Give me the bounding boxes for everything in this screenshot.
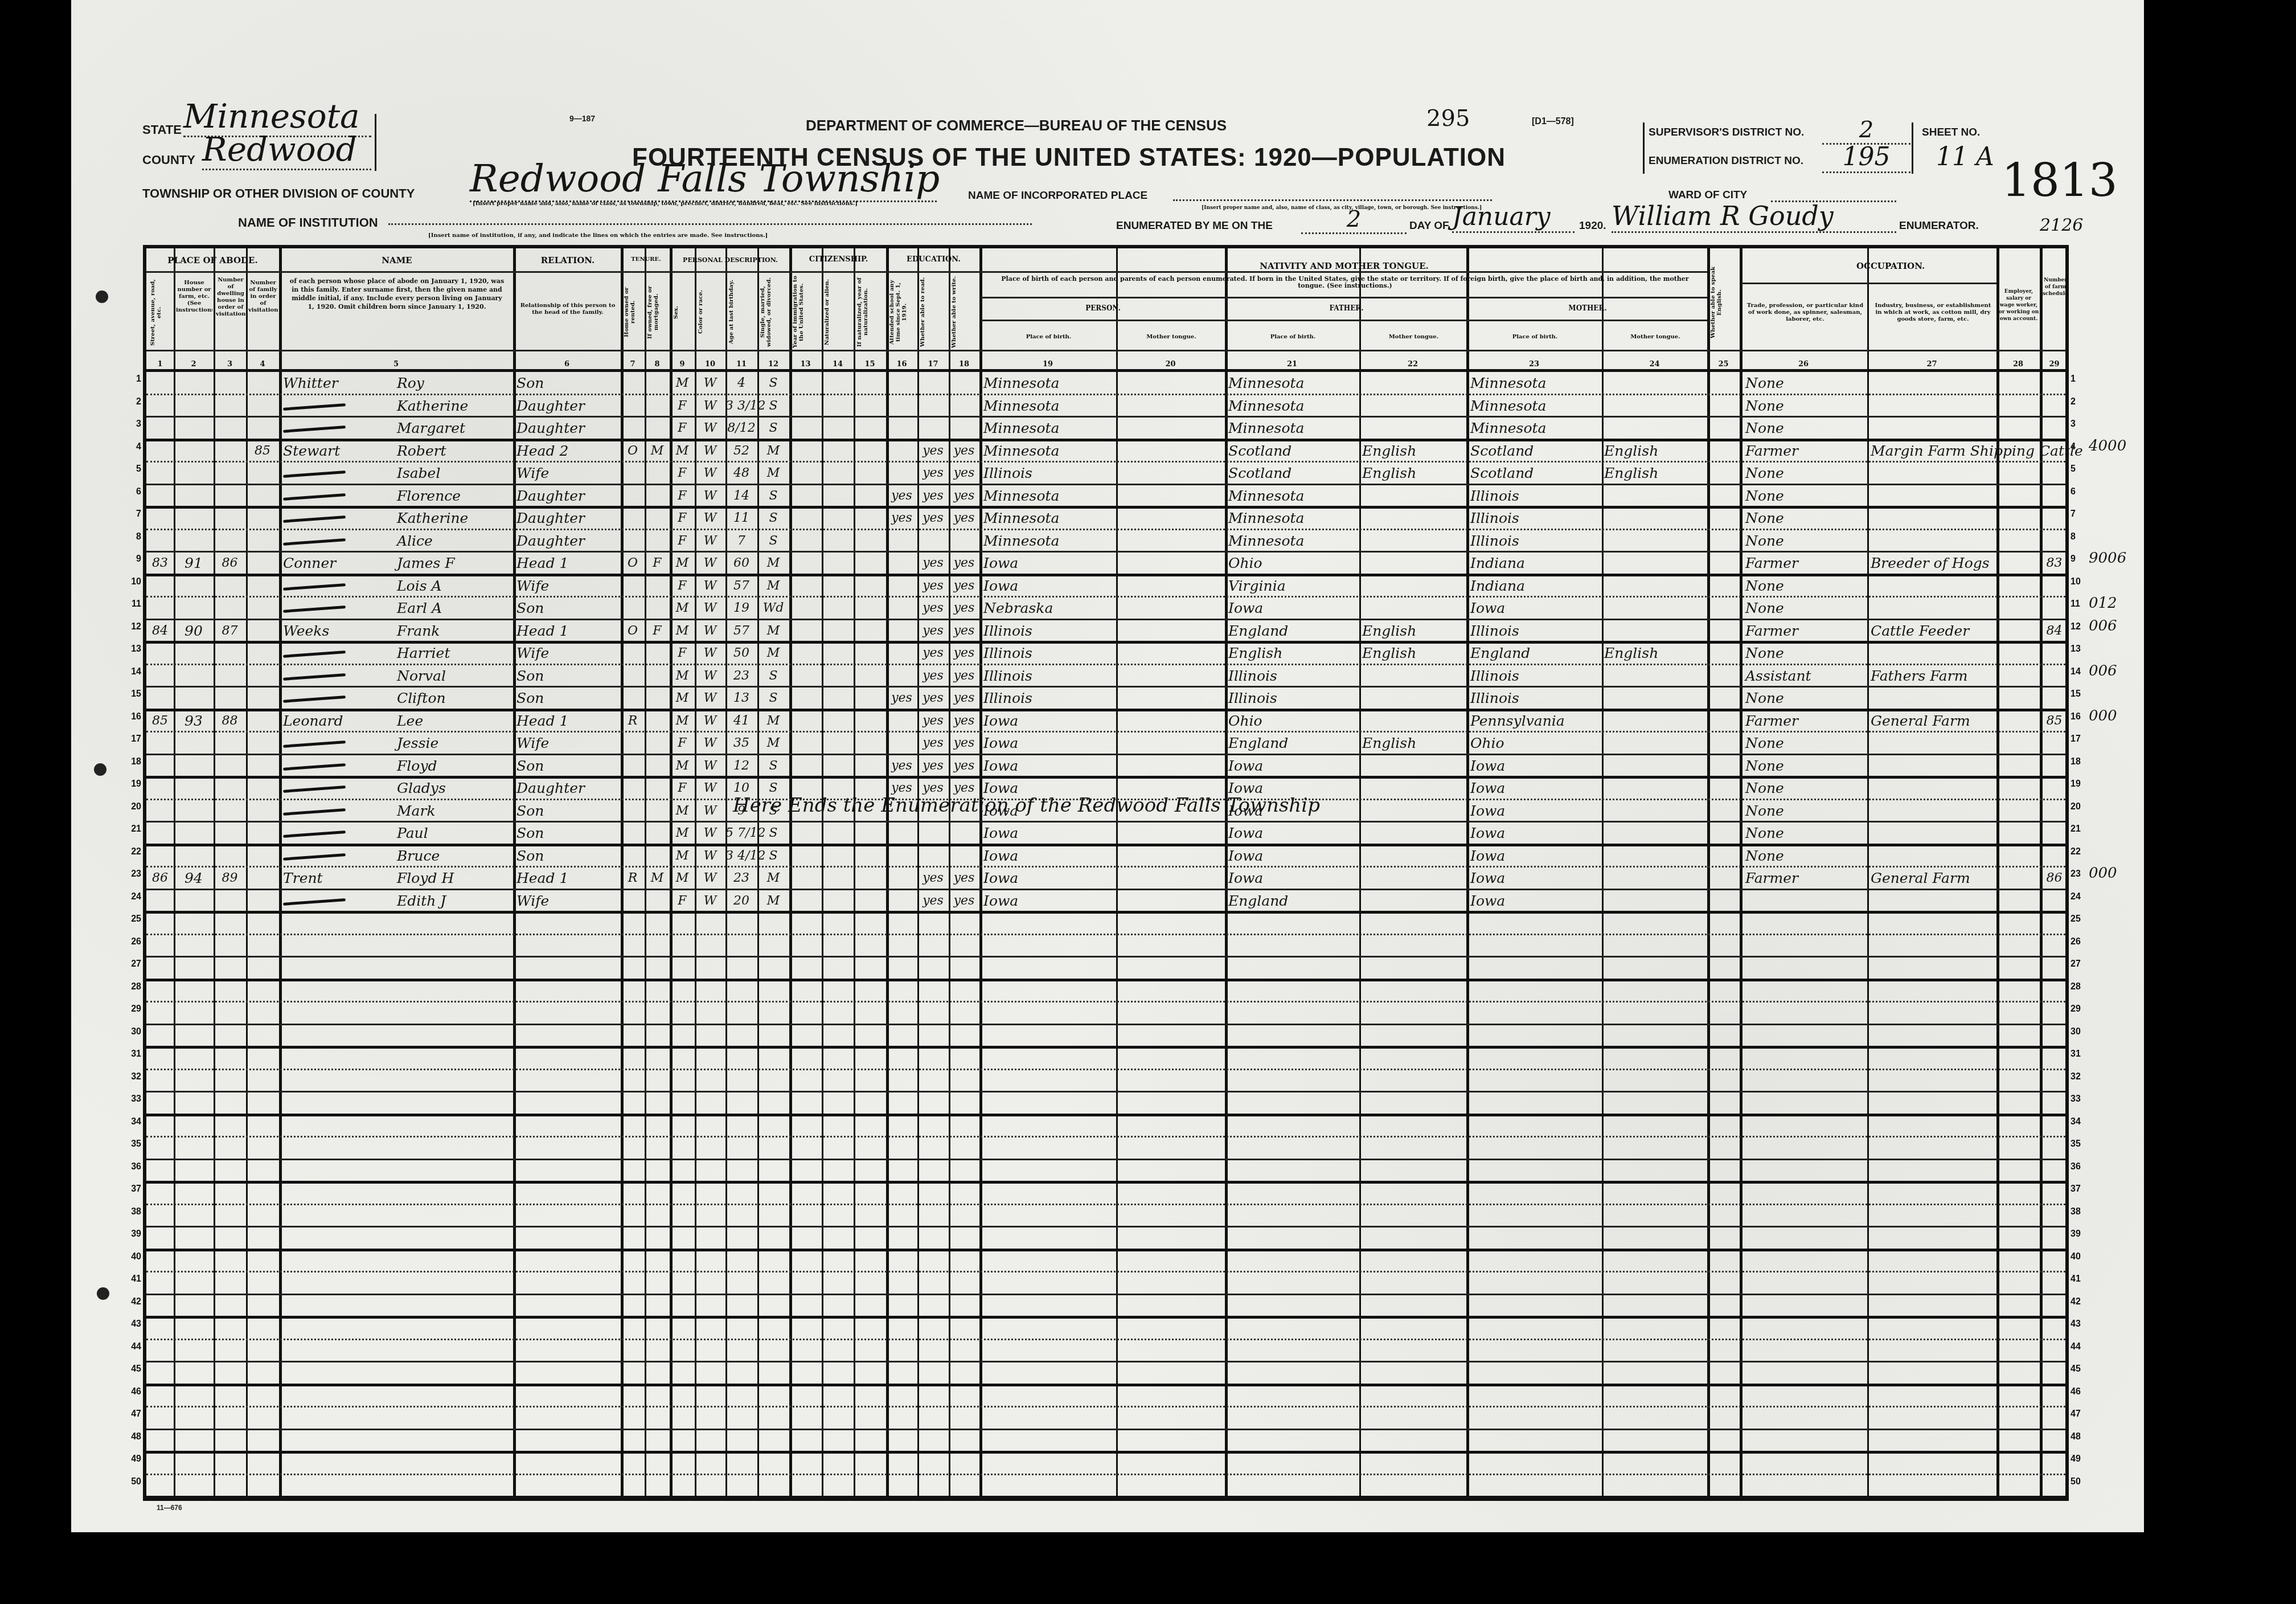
cell-natz xyxy=(822,732,854,754)
subgroup-father: FATHER. xyxy=(1227,304,1466,312)
ditto-mark xyxy=(283,853,346,861)
cell-m_tongue xyxy=(1604,890,1707,912)
cell-mortgage xyxy=(645,530,670,552)
col-number: 6 xyxy=(513,357,621,373)
enumerator-label: Enumerator. xyxy=(1899,220,1979,232)
cell-natz_year xyxy=(854,665,886,687)
cell-f_birth: Ohio xyxy=(1228,552,1359,574)
cell-english xyxy=(1707,575,1740,597)
cell-age: 3 4/12 xyxy=(725,845,757,867)
cell-mortgage xyxy=(645,890,670,912)
cell-birth: Illinois xyxy=(983,642,1116,664)
cell-school xyxy=(886,642,917,664)
ditto-mark xyxy=(283,493,346,501)
cell-sex: F xyxy=(670,462,695,484)
cell-dwelling xyxy=(214,462,246,484)
cell-write xyxy=(949,372,979,394)
line-number: 19 xyxy=(126,779,141,789)
cell-birth: Iowa xyxy=(983,710,1116,732)
col11-header: Age at last birthday. xyxy=(728,276,756,349)
cell-school xyxy=(886,530,917,552)
cell-trade: Farmer xyxy=(1745,867,1867,889)
cell-m_tongue xyxy=(1604,867,1707,889)
cell-relation: Head 1 xyxy=(516,620,619,642)
cell-home xyxy=(621,417,645,439)
margin-number: 1813 xyxy=(2002,154,2118,207)
cell-house xyxy=(174,642,214,664)
col2-header: House number or farm, etc. (See instruct… xyxy=(176,280,212,314)
col-number: 26 xyxy=(1740,357,1867,373)
month-value: January xyxy=(1452,202,1575,233)
cell-surname xyxy=(283,822,397,844)
cell-street xyxy=(146,665,174,687)
cell-english xyxy=(1707,507,1740,529)
cell-marital: S xyxy=(757,395,789,417)
cell-industry xyxy=(1871,777,1996,799)
line-number: 28 xyxy=(126,982,141,992)
line-number: 29 xyxy=(126,1004,141,1014)
cell-immig xyxy=(789,755,822,777)
cell-m_birth: Iowa xyxy=(1470,822,1602,844)
cell-natz xyxy=(822,845,854,867)
cell-m_tongue xyxy=(1604,755,1707,777)
row-divider xyxy=(146,1159,2065,1160)
cell-home xyxy=(621,800,645,822)
cell-m_tongue xyxy=(1604,417,1707,439)
cell-family xyxy=(246,620,279,642)
cell-m_birth: Minnesota xyxy=(1470,395,1602,417)
cell-natz xyxy=(822,597,854,619)
cell-birth: Iowa xyxy=(983,575,1116,597)
cell-relation: Daughter xyxy=(516,777,619,799)
cell-m_birth: Illinois xyxy=(1470,507,1602,529)
col29-header: Number of farm schedule. xyxy=(2043,277,2068,297)
cell-industry xyxy=(1871,642,1996,664)
cell-write: yes xyxy=(949,552,979,574)
col-number: 9 xyxy=(670,357,695,373)
binder-hole xyxy=(97,1287,109,1300)
cell-industry xyxy=(1871,890,1996,912)
cell-employ xyxy=(1996,552,2040,574)
cell-f_tongue: English xyxy=(1362,642,1466,664)
cell-natz_year xyxy=(854,440,886,462)
cell-f_birth: England xyxy=(1228,890,1359,912)
col-number: 15 xyxy=(854,357,886,373)
row-divider xyxy=(146,1249,2065,1251)
cell-birth: Illinois xyxy=(983,462,1116,484)
cell-read xyxy=(917,417,949,439)
cell-immig xyxy=(789,417,822,439)
cell-surname xyxy=(283,755,397,777)
col3-header: Number of dwelling house in order of vis… xyxy=(216,277,245,318)
line-number: 16 xyxy=(2070,712,2085,722)
col18-header: Whether able to write. xyxy=(951,276,978,349)
cell-f_tongue xyxy=(1362,417,1466,439)
line-number: 25 xyxy=(126,914,141,924)
cell-m_birth: Iowa xyxy=(1470,800,1602,822)
cell-street xyxy=(146,687,174,709)
cell-industry xyxy=(1871,530,1996,552)
cell-home: O xyxy=(621,440,645,462)
cell-marital: M xyxy=(757,732,789,754)
line-number: 2 xyxy=(126,397,141,407)
cell-street xyxy=(146,822,174,844)
cell-farm xyxy=(2040,890,2069,912)
cell-age: 60 xyxy=(725,552,757,574)
cell-given: Katherine xyxy=(397,507,511,529)
cell-mortgage xyxy=(645,485,670,507)
cell-tongue xyxy=(1118,687,1225,709)
cell-sex: F xyxy=(670,890,695,912)
cell-house: 91 xyxy=(174,552,214,574)
cell-race: W xyxy=(695,507,725,529)
line-number: 21 xyxy=(2070,824,2085,834)
cell-marital: S xyxy=(757,485,789,507)
cell-employ xyxy=(1996,867,2040,889)
cell-write: yes xyxy=(949,642,979,664)
cell-family xyxy=(246,822,279,844)
cell-natz_year xyxy=(854,372,886,394)
cell-m_birth: Illinois xyxy=(1470,530,1602,552)
cell-given: Lois A xyxy=(397,575,511,597)
col-number: 17 xyxy=(917,357,949,373)
cell-farm: 84 xyxy=(2040,620,2069,642)
cell-surname xyxy=(283,777,397,799)
cell-dwelling xyxy=(214,597,246,619)
cell-english xyxy=(1707,485,1740,507)
ditto-mark xyxy=(283,830,346,838)
cell-immig xyxy=(789,507,822,529)
cell-surname xyxy=(283,800,397,822)
cell-family xyxy=(246,755,279,777)
cell-f_birth: England xyxy=(1228,620,1359,642)
cell-employ xyxy=(1996,822,2040,844)
cell-family xyxy=(246,395,279,417)
col-number: 16 xyxy=(886,357,917,373)
institution-value xyxy=(388,223,1032,225)
cell-industry xyxy=(1871,485,1996,507)
cell-birth: Minnesota xyxy=(983,440,1116,462)
cell-given: Clifton xyxy=(397,687,511,709)
cell-tongue xyxy=(1118,575,1225,597)
cell-tongue xyxy=(1118,732,1225,754)
cell-employ xyxy=(1996,575,2040,597)
col-number: 5 xyxy=(279,357,513,373)
cell-natz_year xyxy=(854,552,886,574)
cell-sex: M xyxy=(670,822,695,844)
cell-home xyxy=(621,665,645,687)
cell-read: yes xyxy=(917,620,949,642)
day-value: 2 xyxy=(1301,206,1407,234)
col14-header: Naturalized or alien. xyxy=(824,276,851,349)
cell-english xyxy=(1707,845,1740,867)
cell-house xyxy=(174,417,214,439)
enumerator-name: William R Goudy xyxy=(1612,200,1896,233)
cell-street xyxy=(146,440,174,462)
cell-relation: Daughter xyxy=(516,395,619,417)
cell-write xyxy=(949,822,979,844)
cell-given: Floyd H xyxy=(397,867,511,889)
cell-m_birth: Scotland xyxy=(1470,462,1602,484)
cell-sex: M xyxy=(670,867,695,889)
cell-write: yes xyxy=(949,732,979,754)
cell-street xyxy=(146,845,174,867)
cell-employ xyxy=(1996,507,2040,529)
col-number: 10 xyxy=(695,357,725,373)
col26-header: Trade, profession, or particular kind of… xyxy=(1745,302,1865,323)
cell-dwelling xyxy=(214,485,246,507)
line-number: 45 xyxy=(126,1364,141,1374)
cell-industry: Cattle Feeder xyxy=(1871,620,1996,642)
cell-school xyxy=(886,845,917,867)
cell-race: W xyxy=(695,440,725,462)
row-divider xyxy=(146,1406,2065,1407)
line-number: 47 xyxy=(126,1409,141,1419)
cell-marital: S xyxy=(757,507,789,529)
cell-dwelling xyxy=(214,890,246,912)
census-table: PLACE OF ABODE. NAME RELATION. TENURE. P… xyxy=(143,245,2069,1501)
cell-sex: F xyxy=(670,732,695,754)
cell-birth: Nebraska xyxy=(983,597,1116,619)
cell-marital: M xyxy=(757,575,789,597)
cell-surname xyxy=(283,687,397,709)
cell-relation: Son xyxy=(516,800,619,822)
cell-race: W xyxy=(695,417,725,439)
col-number: 25 xyxy=(1707,357,1740,373)
cell-home xyxy=(621,890,645,912)
cell-house xyxy=(174,800,214,822)
department-title: DEPARTMENT OF COMMERCE—BUREAU OF THE CEN… xyxy=(806,117,1227,134)
col-divider xyxy=(979,248,982,1497)
cell-f_tongue xyxy=(1362,755,1466,777)
cell-industry: Breeder of Hogs xyxy=(1871,552,1996,574)
cell-age: 7 xyxy=(725,530,757,552)
line-number: 32 xyxy=(126,1072,141,1082)
cell-trade: None xyxy=(1745,417,1867,439)
cell-race: W xyxy=(695,575,725,597)
cell-read: yes xyxy=(917,665,949,687)
row-divider xyxy=(146,1294,2065,1295)
cell-m_birth: Ohio xyxy=(1470,732,1602,754)
cell-race: W xyxy=(695,665,725,687)
cell-read: yes xyxy=(917,687,949,709)
line-number: 34 xyxy=(126,1117,141,1127)
cell-read: yes xyxy=(917,732,949,754)
cell-race: W xyxy=(695,530,725,552)
cell-birth: Iowa xyxy=(983,732,1116,754)
row-divider xyxy=(146,1384,2065,1386)
cell-natz xyxy=(822,395,854,417)
cell-dwelling xyxy=(214,777,246,799)
cell-f_tongue xyxy=(1362,822,1466,844)
cell-family xyxy=(246,530,279,552)
ditto-mark xyxy=(283,808,346,816)
cell-age: 5 7/12 xyxy=(725,822,757,844)
cell-tongue xyxy=(1118,462,1225,484)
cell-write: yes xyxy=(949,440,979,462)
cell-m_birth: Iowa xyxy=(1470,845,1602,867)
row-divider xyxy=(146,1226,2065,1227)
cell-employ xyxy=(1996,395,2040,417)
cell-write: yes xyxy=(949,687,979,709)
cell-given: Edith J xyxy=(397,890,511,912)
cell-given: Katherine xyxy=(397,395,511,417)
cell-street xyxy=(146,642,174,664)
line-number: 34 xyxy=(2070,1117,2085,1127)
cell-home xyxy=(621,575,645,597)
line-number: 39 xyxy=(126,1229,141,1239)
col1-header: Street, avenue, road, etc. xyxy=(150,277,173,348)
cell-natz_year xyxy=(854,822,886,844)
cell-tongue xyxy=(1118,597,1225,619)
line-number: 42 xyxy=(2070,1297,2085,1307)
line-number: 48 xyxy=(2070,1432,2085,1442)
cell-surname xyxy=(283,890,397,912)
cell-farm xyxy=(2040,395,2069,417)
cell-given: Margaret xyxy=(397,417,511,439)
cell-family xyxy=(246,665,279,687)
cell-trade: None xyxy=(1745,687,1867,709)
cell-house xyxy=(174,732,214,754)
col17-header: Whether able to read. xyxy=(920,276,947,349)
cell-school xyxy=(886,552,917,574)
cell-age: 20 xyxy=(725,890,757,912)
cell-natz_year xyxy=(854,620,886,642)
cell-surname xyxy=(283,845,397,867)
cell-birth: Minnesota xyxy=(983,507,1116,529)
cell-m_tongue xyxy=(1604,710,1707,732)
line-number: 47 xyxy=(2070,1409,2085,1419)
cell-mortgage xyxy=(645,575,670,597)
line-number: 13 xyxy=(2070,644,2085,654)
cell-f_birth: Minnesota xyxy=(1228,417,1359,439)
cell-sex: F xyxy=(670,395,695,417)
cell-race: W xyxy=(695,710,725,732)
margin-code: 012 xyxy=(2089,595,2117,612)
township-label: Township or other division of county xyxy=(142,186,415,201)
group-occupation: OCCUPATION. xyxy=(1741,261,2040,271)
cell-f_tongue xyxy=(1362,867,1466,889)
cell-natz xyxy=(822,440,854,462)
col-divider xyxy=(1359,248,1361,1497)
ditto-mark xyxy=(283,695,346,703)
cell-house: 90 xyxy=(174,620,214,642)
cell-m_birth: Indiana xyxy=(1470,575,1602,597)
cell-f_tongue xyxy=(1362,530,1466,552)
cell-tongue xyxy=(1118,867,1225,889)
cell-family: 85 xyxy=(246,440,279,462)
cell-trade: Farmer xyxy=(1745,620,1867,642)
cell-street xyxy=(146,575,174,597)
cell-farm xyxy=(2040,417,2069,439)
enumeration-value: 195 xyxy=(1822,142,1910,173)
cell-read xyxy=(917,372,949,394)
cell-street xyxy=(146,417,174,439)
row-divider xyxy=(146,1136,2065,1137)
cell-industry xyxy=(1871,845,1996,867)
cell-street: 85 xyxy=(146,710,174,732)
line-number: 4 xyxy=(2070,442,2085,452)
cell-home xyxy=(621,597,645,619)
cell-relation: Wife xyxy=(516,890,619,912)
cell-f_birth: Virginia xyxy=(1228,575,1359,597)
cell-mortgage xyxy=(645,732,670,754)
cell-school: yes xyxy=(886,755,917,777)
cell-f_birth: Iowa xyxy=(1228,822,1359,844)
nativity-note: Place of birth of each person and parent… xyxy=(989,276,1701,289)
cell-marital: S xyxy=(757,417,789,439)
col24-header: Mother tongue. xyxy=(1604,334,1707,341)
cell-family xyxy=(246,575,279,597)
cell-natz xyxy=(822,665,854,687)
header-divider xyxy=(981,297,1707,298)
cell-given: Isabel xyxy=(397,462,511,484)
cell-given: Floyd xyxy=(397,755,511,777)
cell-home xyxy=(621,687,645,709)
cell-marital: M xyxy=(757,440,789,462)
cell-home xyxy=(621,777,645,799)
cell-race: W xyxy=(695,822,725,844)
cell-f_birth: Scotland xyxy=(1228,462,1359,484)
line-number: 24 xyxy=(2070,892,2085,902)
cell-tongue xyxy=(1118,642,1225,664)
cell-trade xyxy=(1745,890,1867,912)
ditto-mark xyxy=(283,785,346,793)
line-number: 28 xyxy=(2070,982,2085,992)
cell-immig xyxy=(789,687,822,709)
line-number: 26 xyxy=(126,937,141,947)
county-label: County xyxy=(142,153,195,167)
cell-m_tongue xyxy=(1604,372,1707,394)
cell-marital: M xyxy=(757,552,789,574)
col7-header: Home owned or rented. xyxy=(624,276,644,349)
cell-employ xyxy=(1996,417,2040,439)
cell-school xyxy=(886,620,917,642)
cell-surname xyxy=(283,395,397,417)
incorporated-label: Name of incorporated place xyxy=(968,190,1147,202)
cell-mortgage: F xyxy=(645,620,670,642)
ditto-mark xyxy=(283,673,346,681)
cell-race: W xyxy=(695,732,725,754)
cell-home: R xyxy=(621,867,645,889)
cell-surname xyxy=(283,417,397,439)
cell-immig xyxy=(789,597,822,619)
cell-natz_year xyxy=(854,867,886,889)
cell-home xyxy=(621,485,645,507)
cell-farm: 85 xyxy=(2040,710,2069,732)
cell-employ xyxy=(1996,755,2040,777)
cell-employ xyxy=(1996,485,2040,507)
cell-birth: Iowa xyxy=(983,552,1116,574)
line-number: 8 xyxy=(126,532,141,542)
header-divider xyxy=(146,350,2065,351)
cell-natz xyxy=(822,485,854,507)
cell-natz xyxy=(822,620,854,642)
cell-immig xyxy=(789,867,822,889)
cell-dwelling xyxy=(214,687,246,709)
cell-employ xyxy=(1996,845,2040,867)
cell-family xyxy=(246,507,279,529)
cell-marital: Wd xyxy=(757,597,789,619)
cell-f_tongue xyxy=(1362,507,1466,529)
cell-mortgage xyxy=(645,462,670,484)
ditto-mark xyxy=(283,583,346,591)
line-number: 50 xyxy=(2070,1477,2085,1487)
cell-relation: Head 1 xyxy=(516,710,619,732)
cell-employ xyxy=(1996,440,2040,462)
cell-dwelling xyxy=(214,575,246,597)
cell-home xyxy=(621,755,645,777)
